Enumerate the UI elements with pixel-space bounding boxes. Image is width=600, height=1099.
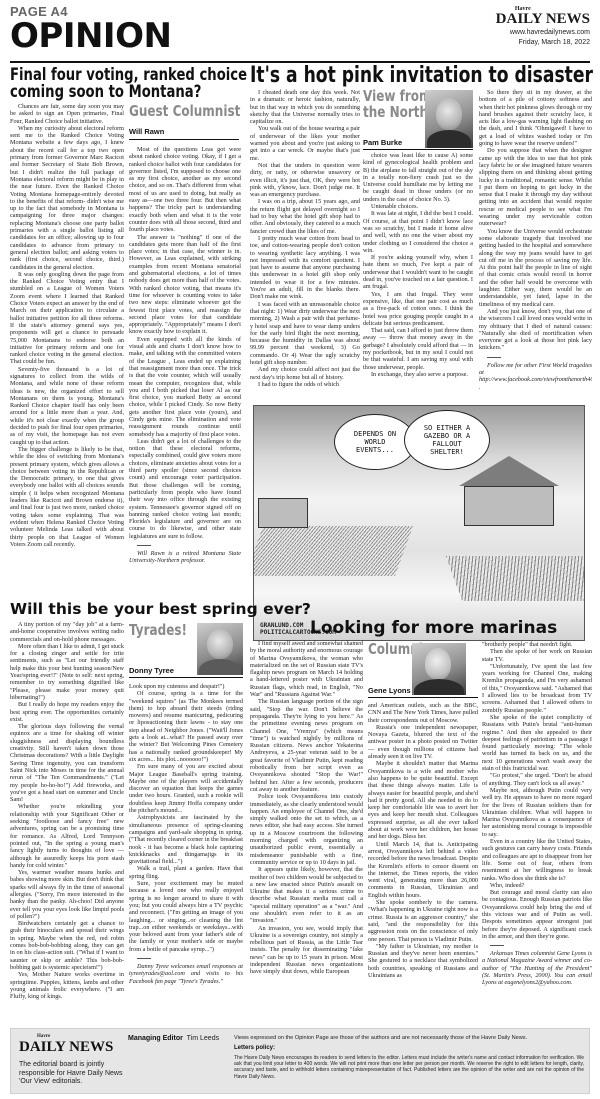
paragraph: It was only googling down the page from … [10, 271, 124, 366]
managing-editor: Managing Editor Tim Leeds [128, 1035, 219, 1042]
paragraph: Chances are fair, some day soon you may … [10, 103, 124, 125]
paragraph: You know the Universe would orchestrate … [479, 228, 592, 308]
tyrades-kicker: Tyrades! [129, 622, 187, 638]
footer-brand-name: DAILY NEWS [19, 1039, 113, 1056]
paragraph: Yes, I am that frugal. They were expensi… [363, 291, 473, 327]
byline-will-rawn: Will Rawn [129, 127, 164, 136]
paragraph: Police took Ovsyannikova into custody im… [250, 793, 363, 866]
paragraph: I had to figure the odds of which [250, 381, 360, 388]
paragraph: Astrophysicists are fascinated by the si… [129, 814, 243, 865]
speech-bubble-right: SO EITHER A GAZEBO OR A FALLOUT SHELTER! [404, 410, 490, 470]
letters-policy-title: Letters policy: [234, 1045, 584, 1052]
hot-pink-column-1: I cheated death one day this week. Not i… [250, 89, 360, 401]
letters-policy-text: The Havre Daily News encourages its read… [234, 1055, 584, 1080]
spring-column-2: Look upon my cuteness and despair!") Of … [129, 683, 243, 1023]
paragraph: Most of the questions Leas got were abou… [129, 146, 241, 234]
headline-line-1: Final four voting, ranked choice [10, 66, 202, 83]
author-follow-note: Follow me for other First World tragedie… [479, 362, 592, 391]
paragraph: The glorious days following the vernal e… [10, 723, 124, 803]
hot-pink-column-3: So there they sit in my drawer, at the b… [479, 89, 592, 401]
paragraph: Maybe not, although Putin could very wel… [482, 787, 592, 838]
paragraph: "Unfortunately, I've spent the last few … [482, 663, 592, 714]
signoff-rule [137, 958, 151, 959]
paragraph: And you just know, don't you, that one o… [479, 308, 592, 352]
paragraph: Whether you're rekindling your relations… [10, 803, 124, 869]
brand-name: DAILY NEWS [496, 12, 590, 26]
gene-lyons-photo [412, 643, 466, 695]
paragraph: Seventy-five thousand is a lot of signat… [10, 366, 124, 446]
editor-name: Tim Leeds [187, 1035, 219, 1042]
byline-rule [363, 149, 473, 150]
byline-rule [368, 697, 478, 698]
paragraph: "Go protest," she urged. "Don't be afrai… [482, 772, 592, 787]
paragraph: The Russian language portion of the sign… [250, 698, 363, 793]
editorial-footer: Havre DAILY NEWS The editorial board is … [10, 1028, 590, 1094]
paragraph: But I really do hope my readers enjoy th… [10, 701, 124, 723]
signoff-rule [487, 357, 501, 358]
paragraph: choice was least like to cause A) some k… [363, 152, 473, 203]
byline-gene-lyons: Gene Lyons [368, 686, 411, 695]
paragraph: You walk out of the house wearing a pair… [250, 125, 360, 161]
paragraph: But courage and moral clarity can also b… [482, 889, 592, 940]
ranked-choice-column-2: Most of the questions Leas got were abou… [129, 146, 241, 594]
paragraph: I'm sure many of you are excited about M… [129, 763, 243, 814]
paragraph: I was on a trip, about 15 years ago, and… [250, 198, 360, 234]
guest-columnist-kicker: Guest Columnist [129, 103, 240, 119]
paragraph: I cheated death one day this week. Not i… [250, 89, 360, 125]
editor-title: Managing Editor [128, 1035, 183, 1042]
paragraph: Maybe it shouldn't matter that Marina Ov… [368, 760, 478, 840]
paragraph: Look upon my cuteness and despair!") [129, 683, 243, 690]
paragraph: Birdwatchers certainly get a chance to g… [10, 920, 124, 971]
paragraph: Of course, spring is a time for the "wee… [129, 690, 243, 763]
paragraph: Who, indeed? [482, 882, 592, 889]
paragraph: Leas didn't get a lot of challenges to t… [129, 438, 241, 540]
headline-spring: Will this be your best spring ever? [10, 600, 311, 618]
paragraph: More often than I like to admit, I get s… [10, 643, 124, 701]
paragraph: It appears quite likely, however, that t… [250, 866, 363, 924]
marinas-column-2: and American outlets, such as the BBC, C… [368, 702, 478, 1024]
paragraph: The answer is "nothing" if one of the ca… [129, 234, 241, 336]
paragraph: and American outlets, such as the BBC, C… [368, 702, 478, 724]
paragraph: "My father is Ukrainian, my mother is Ru… [368, 943, 478, 979]
paragraph: The bigger challenge is likely to be tha… [10, 446, 124, 548]
marinas-column-3: "brotherly people" that needn't fight. T… [482, 641, 592, 1024]
byline-rule [129, 677, 243, 678]
hot-pink-column-2: choice was least like to cause A) some k… [363, 152, 473, 402]
issue-date: Friday, March 18, 2022 [496, 39, 590, 46]
paragraph: Even equipped with all the kinds of visu… [129, 336, 241, 438]
paragraph: I pretty much wear cotton from head to t… [250, 235, 360, 301]
paragraph: If you're asking yourself why, when I ha… [363, 254, 473, 290]
editorial-board-note: The editorial board is jointly responsib… [19, 1061, 129, 1087]
cartoon-shed [258, 498, 308, 528]
paragraph: That said, can I afford to just throw th… [363, 327, 473, 371]
signoff-rule [137, 545, 151, 546]
paragraph: I find myself awed and somewhat shamed b… [250, 640, 363, 698]
paragraph: In exchange, they also serve a purpose. [363, 371, 473, 378]
paragraph: An invasion, you see, would imply that U… [250, 925, 363, 976]
paragraph: Do you suppose that when the designer ca… [479, 147, 592, 227]
paragraph: Not that the unders in question were dir… [250, 162, 360, 198]
cartoon-lawn-left [253, 526, 413, 576]
paragraph: Untenable choices. [363, 203, 473, 210]
byline-pam-burke: Pam Burke [363, 138, 402, 147]
byline-rule [129, 139, 239, 140]
paragraph: Walk a trail, plant a garden. Have that … [129, 865, 243, 880]
paragraph: A tiny portion of my "day job" at a farm… [10, 621, 124, 643]
paragraph: And my choice could affect not just the … [250, 366, 360, 381]
cartoon-lawn-right [446, 556, 585, 601]
paragraph: Sure, your excitement may be muted becau… [129, 880, 243, 953]
opinion-policy: Views expressed on the Opinion Page are … [234, 1035, 584, 1080]
paragraph: So there they sit in my drawer, at the b… [479, 89, 592, 147]
paragraph: Russia's one independent newspaper, Nova… [368, 724, 478, 760]
headline-text: It's a hot pink invitation to disaster [250, 64, 519, 88]
headline-hot-pink: It's a hot pink invitation to disaster [250, 64, 595, 88]
author-bio: Arkansas Times columnist Gene Lyons is a… [482, 950, 592, 986]
paragraph: Until March 14, that is. Anticipating ar… [368, 841, 478, 899]
paragraph: I was faced with an unreasonable choice … [250, 301, 360, 367]
paragraph: Yes, warmer weather means hunks and babe… [10, 869, 124, 920]
author-bio: Will Rawn is a retired Montana State Uni… [129, 550, 241, 565]
paragraph: Even in a country like the United States… [482, 838, 592, 882]
disclaimer: Views expressed on the Opinion Page are … [234, 1035, 584, 1042]
headline-marinas: Looking for more marinas [310, 618, 557, 638]
author-contact: Danny Tyree welcomes email responses at … [129, 963, 243, 985]
masthead: PAGE A4 OPINION Havre DAILY NEWS www.hav… [10, 4, 590, 58]
headline-line-2: coming soon to Montana? [10, 83, 202, 100]
paragraph: "brotherly people" that needn't fight. [482, 641, 592, 648]
paragraph: Yes, Mother Nature works overtime in spr… [10, 971, 124, 1000]
paragraph: It was late at night, I did the best I c… [363, 210, 473, 254]
paragraph: She spoke of the quiet complicity of Rus… [482, 714, 592, 772]
paragraph: She spoke somberly to the camera. "What'… [368, 899, 478, 943]
pam-burke-photo [425, 90, 473, 148]
byline-donny-tyree: Donny Tyree [129, 666, 174, 675]
ranked-choice-column-1: Chances are fair, some day soon you may … [10, 103, 124, 577]
signoff-rule [490, 945, 504, 946]
website-link[interactable]: www.havredailynews.com [496, 29, 590, 36]
spring-column-1: A tiny portion of my "day job" at a farm… [10, 621, 124, 1024]
newspaper-brand: Havre DAILY NEWS www.havredailynews.com … [496, 6, 590, 46]
donny-tyree-photo [197, 623, 243, 675]
cartoon-house [464, 486, 554, 526]
paragraph: Then she spoke of her work on Russian st… [482, 648, 592, 663]
marinas-column-1: I find myself awed and somewhat shamed b… [250, 640, 363, 1024]
headline-ranked-choice: Final four voting, ranked choice coming … [10, 66, 250, 100]
paragraph: When my curiosity about electoral reform… [10, 125, 124, 271]
